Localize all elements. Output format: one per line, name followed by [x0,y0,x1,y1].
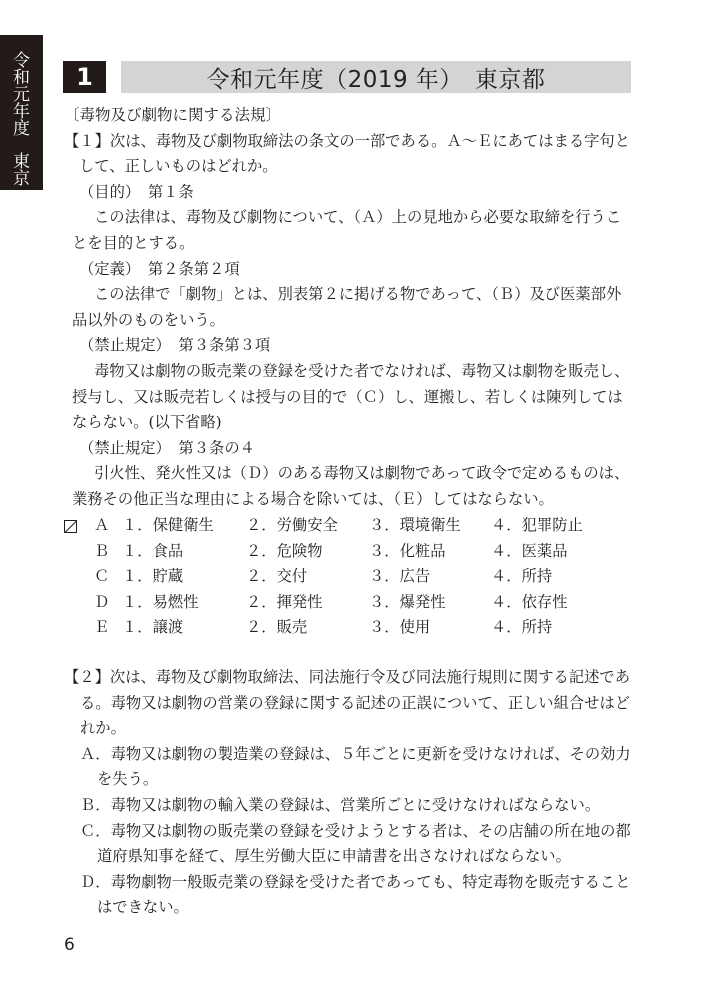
choice-option[interactable]: ２．労働安全 [246,513,338,539]
statement-c: Ｃ．毒物又は劇物の販売業の登録を受けようとする者は、その店舗の所在地の都 [64,819,644,845]
choice-option[interactable]: １．易燃性 [122,590,199,616]
exam-title-row: 1 令和元年度（2019 年） 東京都 [63,61,631,93]
question-1-choices: Ａ １．保健衛生 ２．労働安全 ３．環境衛生 ４．犯罪防止 Ｂ １．食品 ２．危… [64,513,644,641]
question-2-stem-line: る。毒物又は劇物の営業の登録に関する記述の正誤について、正しい組合せはど [64,691,644,717]
statement-text: 毒物又は劇物の製造業の登録は、５年ごとに更新を受けなければ、その効力 [111,745,631,763]
question-2-stem-line: 【２】次は、毒物及び劇物取締法、同法施行令及び同法施行規則に関する記述であ [64,665,644,691]
choice-option[interactable]: １．譲渡 [122,615,183,641]
article-body: 業務その他正当な理由による場合を除いては、（Ｅ）してはならない。 [64,487,636,513]
statement-text: 毒物又は劇物の販売業の登録を受けようとする者は、その店舗の所在地の都 [111,822,631,840]
question-1-stem-line: 【１】次は、毒物及び劇物取締法の条文の一部である。Ａ～Ｅにあてはまる字句と [64,129,636,155]
choice-row-c: Ｃ １．貯蔵 ２．交付 ３．広告 ４．所持 [64,564,644,590]
article-body: 品以外のものをいう。 [64,308,636,334]
choice-option[interactable]: ２．交付 [246,564,307,590]
article-title: （禁止規定） 第３条の４ [64,436,636,462]
choice-option[interactable]: ４．所持 [491,615,552,641]
statement-a-cont: を失う。 [64,767,644,793]
article-title: （定義） 第２条第２項 [64,257,636,283]
choice-option[interactable]: ２．危険物 [246,539,323,565]
choice-letter: Ｂ [94,539,109,565]
question-1-body: 〔毒物及び劇物に関する法規〕 【１】次は、毒物及び劇物取締法の条文の一部である。… [64,103,636,513]
choice-row-a: Ａ １．保健衛生 ２．労働安全 ３．環境衛生 ４．犯罪防止 [64,513,644,539]
article-body: とを目的とする。 [64,231,636,257]
statement-label: Ｄ． [80,873,111,891]
choice-letter: Ａ [94,513,109,539]
choice-option[interactable]: １．食品 [122,539,183,565]
choice-letter: Ｄ [94,590,109,616]
question-2-body: 【２】次は、毒物及び劇物取締法、同法施行令及び同法施行規則に関する記述であ る。… [64,665,644,921]
choice-option[interactable]: ４．依存性 [491,590,568,616]
choice-option[interactable]: ３．化粧品 [369,539,446,565]
stem-text: 次は、毒物及び劇物取締法、同法施行令及び同法施行規則に関する記述であ [110,668,630,686]
section-heading: 〔毒物及び劇物に関する法規〕 [64,103,636,129]
statement-label: Ａ． [80,745,111,763]
question-1-label: 【１】 [64,132,110,150]
article-body: 毒物又は劇物の販売業の登録を受けた者でなければ、毒物又は劇物を販売し、 [64,359,636,385]
exam-title: 令和元年度（2019 年） 東京都 [121,61,631,93]
statement-text: 毒物劇物一般販売業の登録を受けた者であっても、特定毒物を販売すること [111,873,631,891]
question-1-stem-line: して、正しいものはどれか。 [64,154,636,180]
choice-option[interactable]: ４．所持 [491,564,552,590]
article-body: ならない。(以下省略) [64,410,636,436]
choice-row-d: Ｄ １．易燃性 ２．揮発性 ３．爆発性 ４．依存性 [64,590,644,616]
choice-option[interactable]: ３．環境衛生 [369,513,461,539]
article-title: （禁止規定） 第３条第３項 [64,333,636,359]
choice-option[interactable]: ２．販売 [246,615,307,641]
choice-option[interactable]: １．保健衛生 [122,513,214,539]
side-tab-year: 令 和 元 年 度 [13,53,30,138]
side-tab-char: 度 [13,121,30,138]
choice-letter: Ｃ [94,564,109,590]
choice-row-b: Ｂ １．食品 ２．危険物 ３．化粧品 ４．医薬品 [64,539,644,565]
statement-b: Ｂ．毒物又は劇物の輸入業の登録は、営業所ごとに受けなければならない。 [64,793,644,819]
article-body: この法律は、毒物及び劇物について、（Ａ）上の見地から必要な取締を行うこ [64,205,636,231]
question-2-label: 【２】 [64,668,110,686]
choice-option[interactable]: ４．犯罪防止 [491,513,583,539]
choice-row-e: Ｅ １．譲渡 ２．販売 ３．使用 ４．所持 [64,615,644,641]
article-body: この法律で「劇物」とは、別表第２に掲げる物であって、（Ｂ）及び医薬部外 [64,282,636,308]
page-number: 6 [64,935,75,955]
statement-label: Ｂ． [80,796,111,814]
statement-a: Ａ．毒物又は劇物の製造業の登録は、５年ごとに更新を受けなければ、その効力 [64,742,644,768]
side-tab-char: 京 [13,171,30,188]
article-body: 授与し、又は販売若しくは授与の目的で（Ｃ）し、運搬し、若しくは陳列しては [64,385,636,411]
choice-option[interactable]: １．貯蔵 [122,564,183,590]
article-body: 引火性、発火性又は（Ｄ）のある毒物又は劇物であって政令で定めるものは、 [64,461,636,487]
statement-c-cont: 道府県知事を経て、厚生労働大臣に申請書を出さなければならない。 [64,844,644,870]
stem-text: 次は、毒物及び劇物取締法の条文の一部である。Ａ～Ｅにあてはまる字句と [110,132,630,150]
choice-option[interactable]: ２．揮発性 [246,590,323,616]
chapter-side-tab: 令 和 元 年 度 東 京 [0,35,43,190]
statement-label: Ｃ． [80,822,111,840]
statement-d: Ｄ．毒物劇物一般販売業の登録を受けた者であっても、特定毒物を販売すること [64,870,644,896]
choice-option[interactable]: ３．爆発性 [369,590,446,616]
choice-letter: Ｅ [94,615,109,641]
statement-text: 毒物又は劇物の輸入業の登録は、営業所ごとに受けなければならない。 [111,796,601,814]
question-2-stem-line: れか。 [64,716,644,742]
choice-option[interactable]: ４．医薬品 [491,539,568,565]
article-title: （目的） 第１条 [64,180,636,206]
choice-option[interactable]: ３．広告 [369,564,430,590]
statement-d-cont: はできない。 [64,895,644,921]
choice-option[interactable]: ３．使用 [369,615,430,641]
side-tab-place: 東 京 [13,154,30,188]
exam-number-badge: 1 [63,61,106,93]
